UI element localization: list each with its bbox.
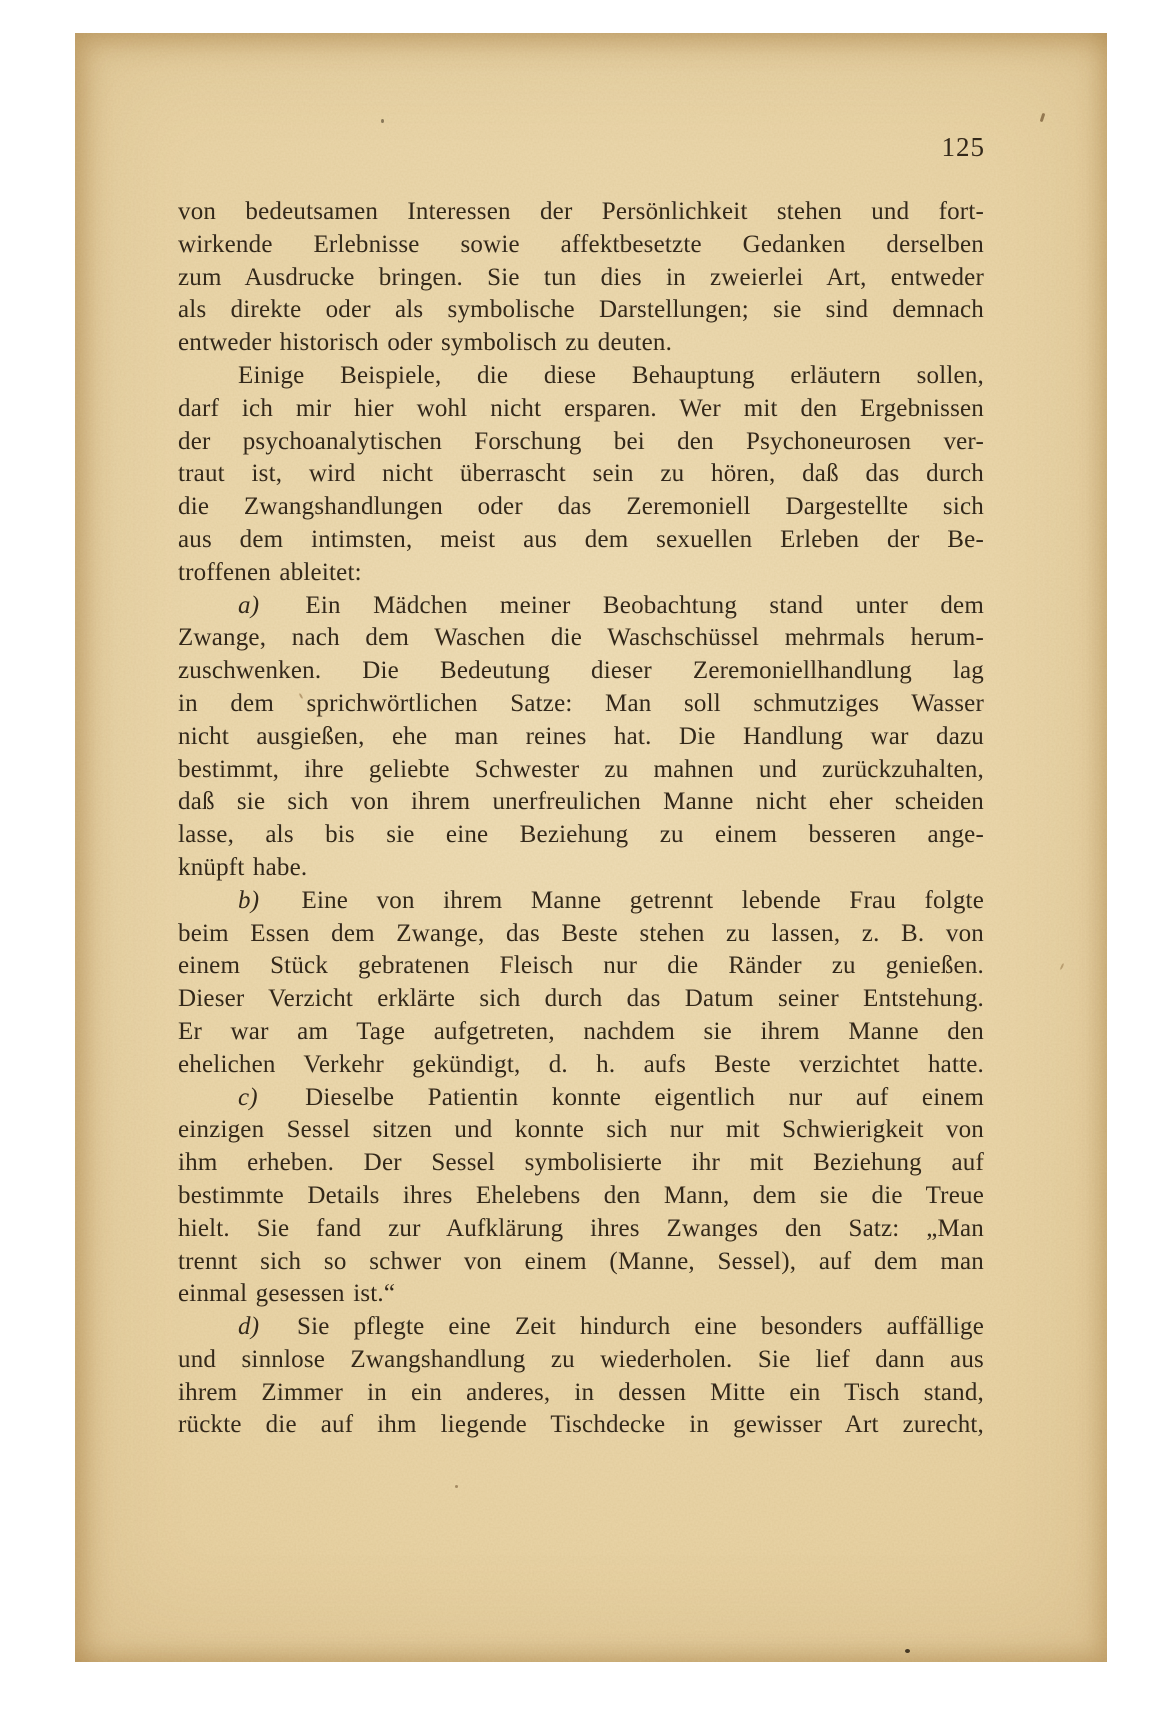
text-line: einem Stück gebratenen Fleisch nur die R…: [178, 950, 984, 983]
text-line: d) Sie pflegte eine Zeit hindurch eine b…: [178, 1311, 984, 1344]
text-line-content: Eine von ihrem Manne getrennt lebende Fr…: [301, 887, 984, 914]
text-line: wirkende Erlebnisse sowie affektbesetzte…: [178, 229, 984, 262]
paper-speck: [1060, 963, 1065, 970]
text-line-content: beim Essen dem Zwange, das Beste stehen …: [178, 920, 984, 947]
text-line-content: knüpft habe.: [178, 854, 307, 881]
text-line-content: hielt. Sie fand zur Aufklärung ihres Zwa…: [178, 1215, 984, 1242]
text-line: beim Essen dem Zwange, das Beste stehen …: [178, 918, 984, 951]
paper-speck: [905, 1649, 910, 1653]
text-line: Er war am Tage aufgetreten, nachdem sie …: [178, 1016, 984, 1049]
text-line: entweder historisch oder symbolisch zu d…: [178, 327, 984, 360]
text-line-content: Ein Mädchen meiner Beobachtung stand unt…: [305, 592, 984, 619]
text-line: einmal gesessen ist.“: [178, 1278, 984, 1311]
text-line-content: darf ich mir hier wohl nicht ersparen. W…: [178, 395, 984, 422]
text-line: in dem sprichwörtlichen Satze: Man soll …: [178, 688, 984, 721]
text-line: traut ist, wird nicht überrascht sein zu…: [178, 458, 984, 491]
text-line: b) Eine von ihrem Manne getrennt lebende…: [178, 885, 984, 918]
text-line-content: wirkende Erlebnisse sowie affektbesetzte…: [178, 231, 984, 258]
text-line-content: Zwange, nach dem Waschen die Waschschüss…: [178, 624, 984, 651]
text-line-content: lasse, als bis sie eine Beziehung zu ein…: [178, 821, 984, 848]
scan-background: 125 von bedeutsamen Interessen der Persö…: [0, 0, 1175, 1709]
text-line-content: bestimmt, ihre geliebte Schwester zu mah…: [178, 756, 984, 783]
text-line-content: trennt sich so schwer von einem (Manne, …: [178, 1248, 984, 1275]
text-line-content: rückte die auf ihm liegende Tischdecke i…: [178, 1411, 984, 1438]
text-line: ihm erheben. Der Sessel symbolisierte ih…: [178, 1147, 984, 1180]
text-line-content: die Zwangshandlungen oder das Zeremoniel…: [178, 493, 984, 520]
text-line: ehelichen Verkehr gekündigt, d. h. aufs …: [178, 1049, 984, 1082]
text-line: daß sie sich von ihrem unerfreulichen Ma…: [178, 786, 984, 819]
text-line: rückte die auf ihm liegende Tischdecke i…: [178, 1409, 984, 1442]
text-line: a) Ein Mädchen meiner Beobachtung stand …: [178, 590, 984, 623]
text-line: einzigen Sessel sitzen und konnte sich n…: [178, 1114, 984, 1147]
text-line: von bedeutsamen Interessen der Persönlic…: [178, 196, 984, 229]
text-line: ihrem Zimmer in ein anderes, in dessen M…: [178, 1377, 984, 1410]
text-line: als direkte oder als symbolische Darstel…: [178, 294, 984, 327]
text-line: lasse, als bis sie eine Beziehung zu ein…: [178, 819, 984, 852]
text-line: zuschwenken. Die Bedeutung dieser Zeremo…: [178, 655, 984, 688]
text-line-content: einem Stück gebratenen Fleisch nur die R…: [178, 952, 984, 979]
text-line: hielt. Sie fand zur Aufklärung ihres Zwa…: [178, 1213, 984, 1246]
text-line: darf ich mir hier wohl nicht ersparen. W…: [178, 393, 984, 426]
text-line-content: nicht ausgießen, ehe man reines hat. Die…: [178, 723, 984, 750]
book-page: 125 von bedeutsamen Interessen der Persö…: [75, 33, 1107, 1662]
paper-speck: [381, 119, 384, 123]
text-line-content: ehelichen Verkehr gekündigt, d. h. aufs …: [178, 1051, 984, 1078]
paragraph-lead-letter: a): [238, 592, 259, 619]
text-line: bestimmt, ihre geliebte Schwester zu mah…: [178, 754, 984, 787]
text-line-content: ihrem Zimmer in ein anderes, in dessen M…: [178, 1379, 984, 1406]
text-line-content: der psychoanalytischen Forschung bei den…: [178, 428, 984, 455]
text-line: der psychoanalytischen Forschung bei den…: [178, 426, 984, 459]
text-line: knüpft habe.: [178, 852, 984, 885]
paper-speck: [1040, 113, 1046, 122]
text-line-content: zum Ausdrucke bringen. Sie tun dies in z…: [178, 264, 984, 291]
text-line-content: in dem sprichwörtlichen Satze: Man soll …: [178, 690, 984, 717]
paragraph-lead-letter: c): [238, 1084, 258, 1111]
text-line-content: Dieser Verzicht erklärte sich durch das …: [178, 985, 984, 1012]
text-line-content: Sie pflegte eine Zeit hindurch eine beso…: [297, 1313, 984, 1340]
text-line: und sinnlose Zwangshandlung zu wiederhol…: [178, 1344, 984, 1377]
text-line-content: einmal gesessen ist.“: [178, 1280, 395, 1307]
text-line: Dieser Verzicht erklärte sich durch das …: [178, 983, 984, 1016]
text-line-content: einzigen Sessel sitzen und konnte sich n…: [178, 1116, 984, 1143]
page-number: 125: [942, 131, 986, 163]
text-line: die Zwangshandlungen oder das Zeremoniel…: [178, 491, 984, 524]
text-line-content: Dieselbe Patientin konnte eigentlich nur…: [305, 1084, 984, 1111]
text-line-content: bestimmte Details ihres Ehelebens den Ma…: [178, 1182, 984, 1209]
text-line-content: daß sie sich von ihrem unerfreulichen Ma…: [178, 788, 984, 815]
text-line-content: als direkte oder als symbolische Darstel…: [178, 296, 984, 323]
text-line: bestimmte Details ihres Ehelebens den Ma…: [178, 1180, 984, 1213]
text-line-content: aus dem intimsten, meist aus dem sexuell…: [178, 526, 984, 553]
text-line: aus dem intimsten, meist aus dem sexuell…: [178, 524, 984, 557]
text-line-content: von bedeutsamen Interessen der Persönlic…: [178, 198, 984, 225]
text-block: von bedeutsamen Interessen der Persönlic…: [178, 196, 984, 1442]
text-line-content: und sinnlose Zwangshandlung zu wiederhol…: [178, 1346, 984, 1373]
text-line-content: entweder historisch oder symbolisch zu d…: [178, 329, 672, 356]
paper-speck: [455, 1485, 458, 1488]
text-line: zum Ausdrucke bringen. Sie tun dies in z…: [178, 262, 984, 295]
text-line-content: Er war am Tage aufgetreten, nachdem sie …: [178, 1018, 984, 1045]
text-line: Zwange, nach dem Waschen die Waschschüss…: [178, 622, 984, 655]
paragraph-lead-letter: d): [238, 1313, 259, 1340]
text-line: c) Dieselbe Patientin konnte eigentlich …: [178, 1082, 984, 1115]
paragraph-lead-letter: b): [238, 887, 259, 914]
text-line-content: zuschwenken. Die Bedeutung dieser Zeremo…: [178, 657, 984, 684]
text-line: trennt sich so schwer von einem (Manne, …: [178, 1246, 984, 1279]
text-line-content: troffenen ableitet:: [178, 559, 362, 586]
text-line-content: ihm erheben. Der Sessel symbolisierte ih…: [178, 1149, 984, 1176]
text-line: Einige Beispiele, die diese Behauptung e…: [178, 360, 984, 393]
text-line-content: Einige Beispiele, die diese Behauptung e…: [238, 362, 984, 389]
text-line: nicht ausgießen, ehe man reines hat. Die…: [178, 721, 984, 754]
text-line-content: traut ist, wird nicht überrascht sein zu…: [178, 460, 984, 487]
text-line: troffenen ableitet:: [178, 557, 984, 590]
